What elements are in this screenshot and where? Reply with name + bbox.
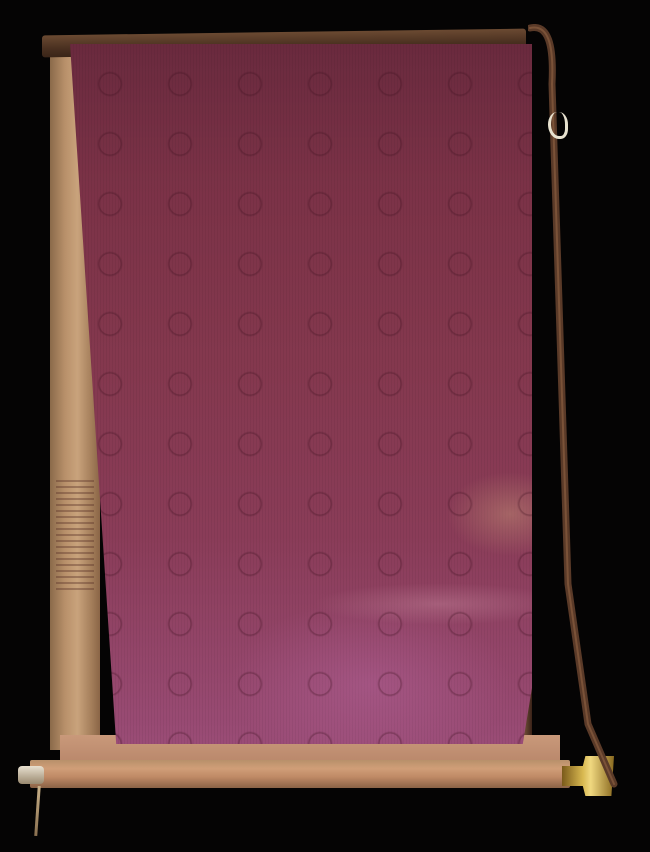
photo-scene bbox=[0, 0, 650, 852]
purple-silk-cover bbox=[70, 44, 532, 744]
hanging-strap bbox=[528, 24, 628, 794]
left-rod-end bbox=[18, 766, 44, 784]
loose-thread bbox=[34, 786, 40, 836]
bottom-brocade-rod bbox=[30, 760, 570, 788]
metal-hook bbox=[548, 112, 568, 139]
